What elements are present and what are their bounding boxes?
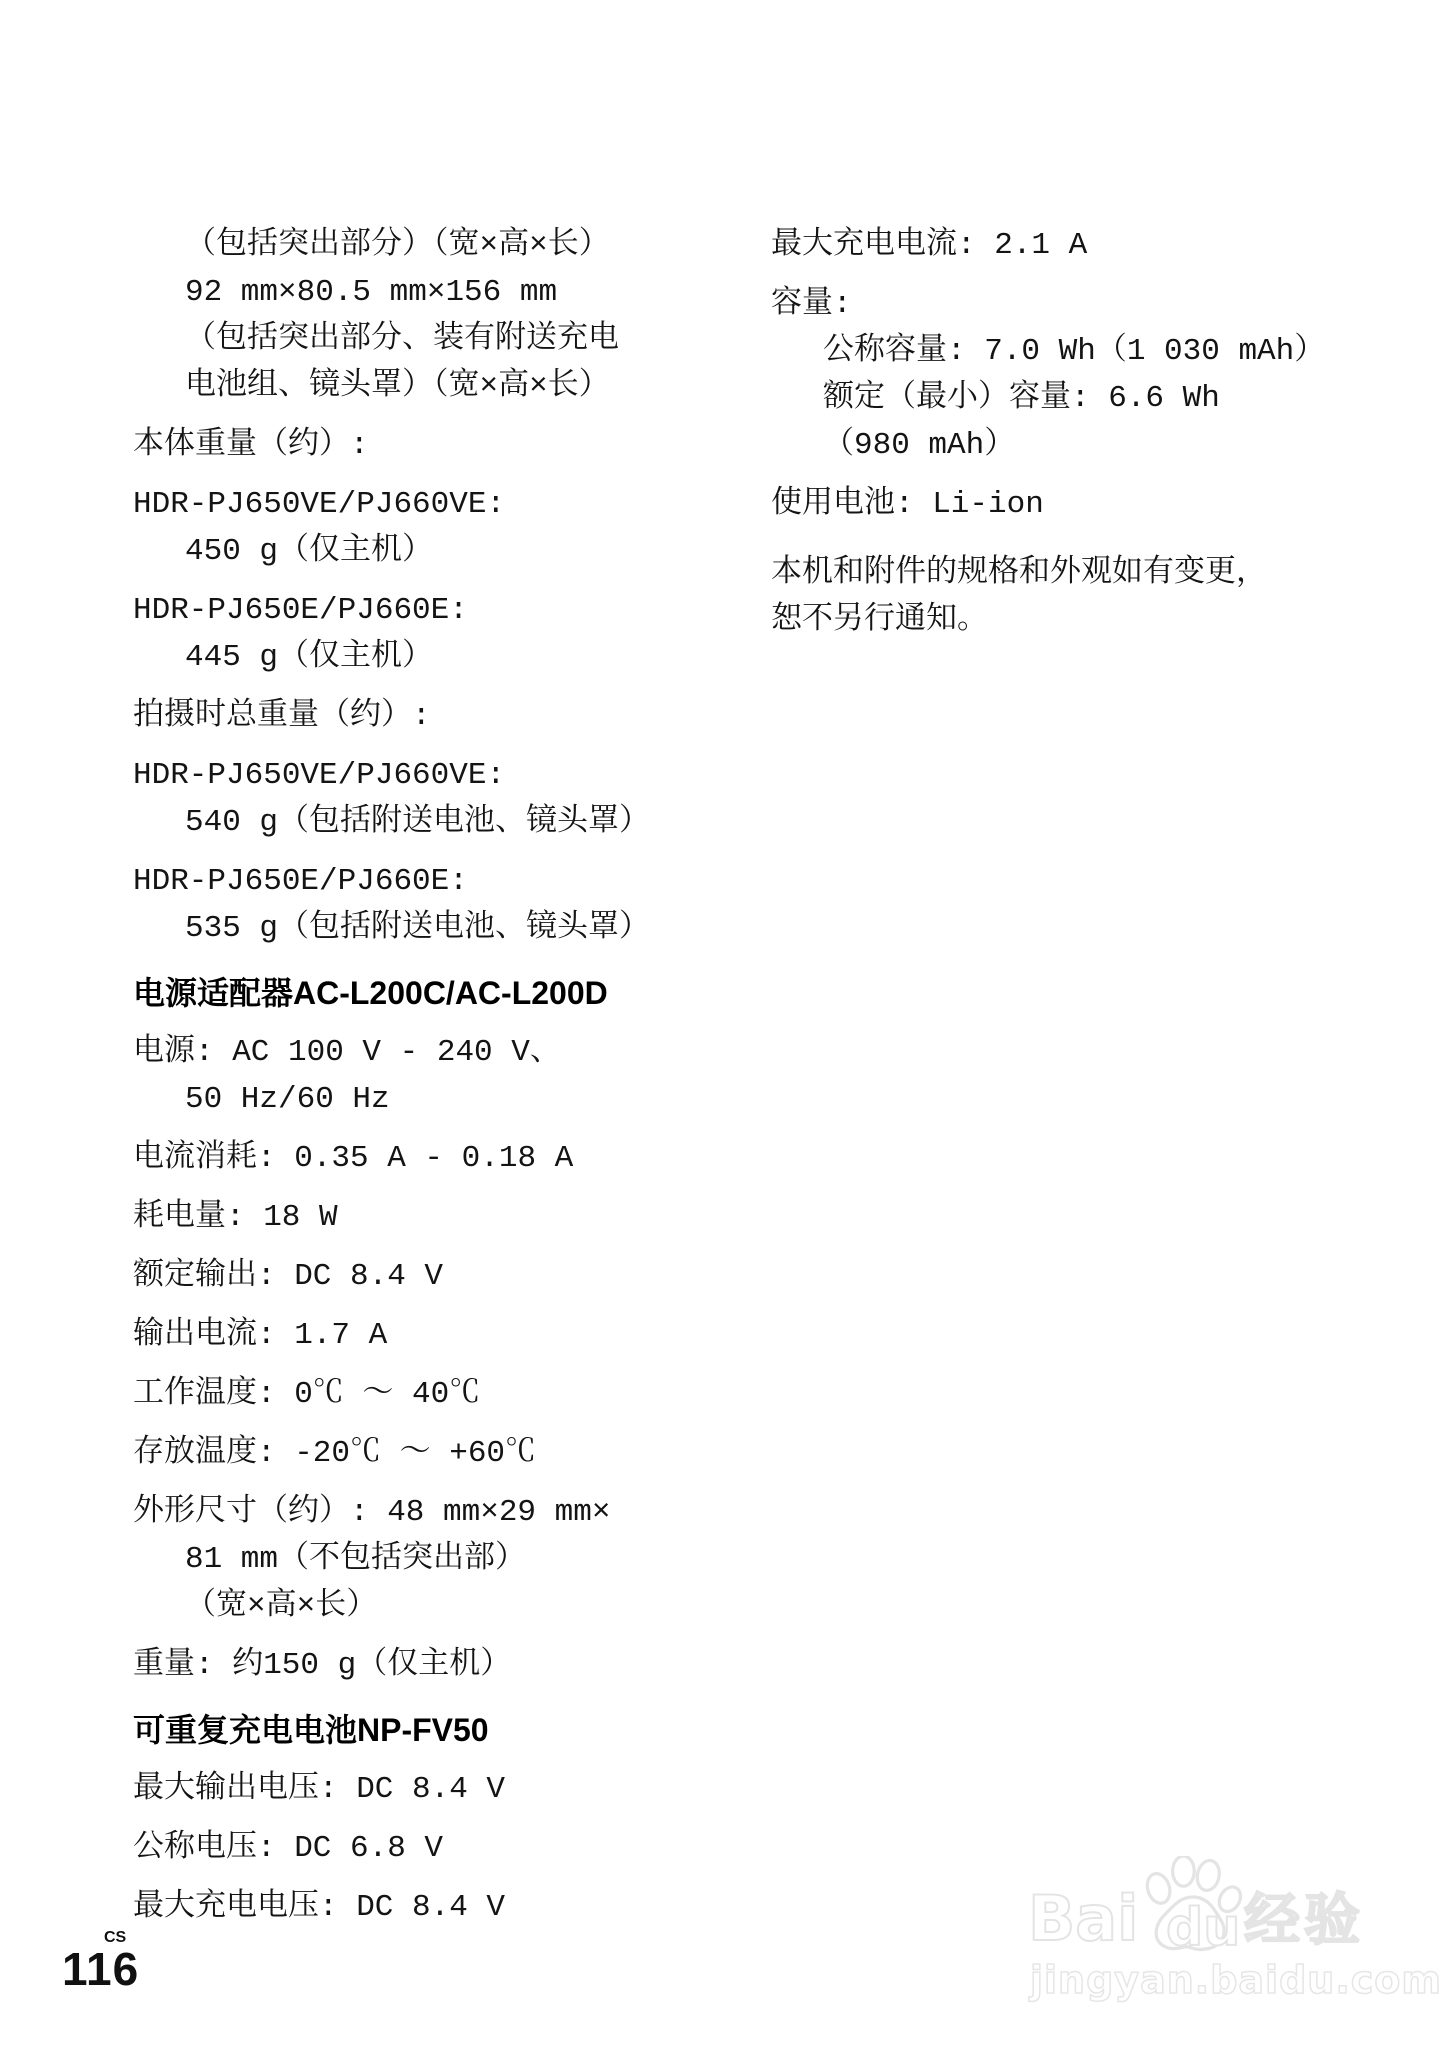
spec-text-line: 公称电压: DC 6.8 V [133,1825,733,1872]
spec-text-line: 50 Hz/60 Hz [133,1076,733,1123]
spec-text-line: 540 g（包括附送电池、镜头罩） [133,799,733,846]
spec-text-line: 容量: [771,281,1391,328]
spec-text-line: 存放温度: -20℃ ～ +60℃ [133,1430,733,1477]
spec-text-line: 工作温度: 0℃ ～ 40℃ [133,1371,733,1418]
spec-text-line: 最大充电电流: 2.1 A [771,222,1391,269]
page-number: 116 [62,1943,139,1995]
spec-text-line: 耗电量: 18 W [133,1194,733,1241]
spec-text-line: 拍摄时总重量（约）: [133,693,733,740]
spec-text-line: 恕不另行通知。 [771,597,1391,644]
spec-text-line: 445 g（仅主机） [133,634,733,681]
spec-text-line: 最大充电电压: DC 8.4 V [133,1884,733,1931]
baidu-jingyan-watermark: Bai du 经验 jingyan.baidu.com [1028,1856,1388,2016]
right-column: 最大充电电流: 2.1 A容量:公称容量: 7.0 Wh（1 030 mAh）额… [771,222,1391,644]
spec-text-line: 电池组、镜头罩）（宽×高×长） [133,363,733,410]
left-column: （包括突出部分）（宽×高×长）92 mm×80.5 mm×156 mm（包括突出… [133,222,733,1931]
jingyan-logo-text: 经验 [1244,1890,1364,1952]
spec-text-line: 本体重量（约）: [133,422,733,469]
spec-text-line: 公称容量: 7.0 Wh（1 030 mAh） [771,328,1391,375]
spec-text-line: HDR-PJ650E/PJ660E: [133,587,733,634]
spec-text-line: 输出电流: 1.7 A [133,1312,733,1359]
watermark-url: jingyan.baidu.com [1030,1958,1442,2002]
spec-text-line: HDR-PJ650VE/PJ660VE: [133,752,733,799]
spec-text-line: 535 g（包括附送电池、镜头罩） [133,905,733,952]
spec-text-line: 额定输出: DC 8.4 V [133,1253,733,1300]
spec-text-line: HDR-PJ650E/PJ660E: [133,858,733,905]
spec-text-line: （980 mAh） [771,422,1391,469]
section-heading-ac-adapter: 电源适配器AC-L200C/AC-L200D [133,970,733,1017]
spec-text-line: 电流消耗: 0.35 A - 0.18 A [133,1135,733,1182]
spec-text-line: 电源: AC 100 V - 240 V、 [133,1029,733,1076]
spec-text-line: （包括突出部分、装有附送充电 [133,316,733,363]
spec-text-line: 重量: 约150 g（仅主机） [133,1642,733,1689]
spec-text-line: 最大输出电压: DC 8.4 V [133,1766,733,1813]
page-footer: CS 116 [62,1930,139,1992]
baidu-logo-text-du: du [1166,1900,1240,1956]
spec-text-line: 使用电池: Li-ion [771,481,1391,528]
baidu-logo-text-bai: Bai [1028,1886,1138,1952]
spec-text-line: 额定（最小）容量: 6.6 Wh [771,375,1391,422]
spec-text-line: 81 mm（不包括突出部） [133,1536,733,1583]
spec-text-line: 本机和附件的规格和外观如有变更， [771,550,1391,597]
spec-text-line: 450 g（仅主机） [133,528,733,575]
spec-text-line: HDR-PJ650VE/PJ660VE: [133,481,733,528]
spec-text-line: 外形尺寸（约）: 48 mm×29 mm× [133,1489,733,1536]
manual-page: { "columns": { "left": { "lines": [ {"t"… [0,0,1451,2064]
spec-text-line: （宽×高×长） [133,1583,733,1630]
spec-text-line: 92 mm×80.5 mm×156 mm [133,269,733,316]
section-heading-battery: 可重复充电电池NP-FV50 [133,1707,733,1754]
spec-text-line: （包括突出部分）（宽×高×长） [133,222,733,269]
